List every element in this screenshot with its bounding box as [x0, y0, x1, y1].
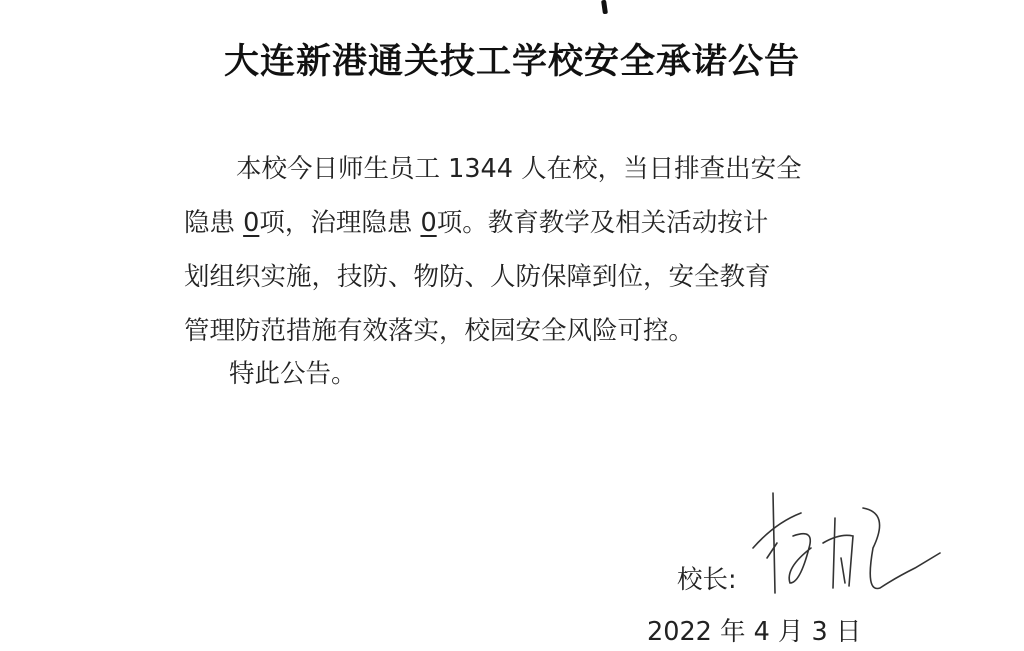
body-line-2: 隐患 0项，治理隐患 0项。教育教学及相关活动按计 [184, 196, 874, 250]
pen-stroke-mark [601, 0, 608, 14]
principal-label: 校长: [677, 560, 737, 596]
text: 项，治理隐患 [259, 208, 420, 238]
closing-text: 特此公告。 [229, 354, 357, 390]
body-line-4: 管理防范措施有效落实，校园安全风险可控。 [184, 304, 874, 358]
date: 2022 年 4 月 3 日 [647, 612, 861, 648]
text: 项。教育教学及相关活动按计 [437, 208, 769, 238]
page-title: 大连新港通关技工学校安全承诺公告 [0, 34, 1024, 84]
hazards-fixed-value: 0 [420, 208, 436, 238]
hazards-found-value: 0 [243, 208, 259, 238]
body-line-3: 划组织实施，技防、物防、人防保障到位，安全教育 [184, 250, 874, 304]
body-line-1: 本校今日师生员工 1344 人在校，当日排查出安全 [184, 142, 874, 196]
text: 隐患 [184, 208, 243, 238]
signature-icon [745, 488, 945, 608]
announcement-body: 本校今日师生员工 1344 人在校，当日排查出安全 隐患 0项，治理隐患 0项。… [184, 142, 874, 358]
